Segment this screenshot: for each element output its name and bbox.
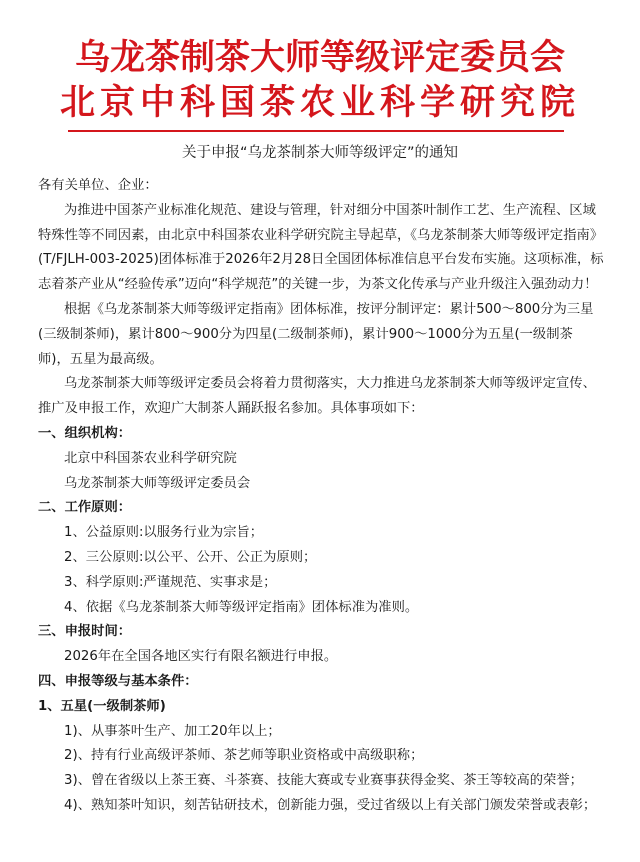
notice-body: 各有关单位、企业： 为推进中国茶产业标准化规范、建设与管理，针对细分中国茶叶制作… [38, 174, 604, 819]
list-item: 3)、曾在省级以上茶王赛、斗茶赛、技能大赛或专业赛事获得金奖、茶王等较高的荣誉； [38, 769, 604, 794]
title-institute: 北京中科国茶农业科学研究院 [0, 81, 640, 125]
list-item: 2)、持有行业高级评茶师、茶艺师等职业资格或中高级职称； [38, 744, 604, 769]
list-item: 2026年在全国各地区实行有限名额进行申报。 [38, 645, 604, 670]
section-heading-levels: 四、申报等级与基本条件： [38, 670, 604, 695]
level-heading-five-star: 1、五星(一级制茶师) [38, 695, 604, 720]
list-item: 4、依据《乌龙茶制茶大师等级评定指南》团体标准为准则。 [38, 596, 604, 621]
paragraph-background: 为推进中国茶产业标准化规范、建设与管理，针对细分中国茶叶制作工艺、生产流程、区域… [38, 199, 604, 298]
notice-subtitle: 关于申报“乌龙茶制茶大师等级评定”的通知 [0, 142, 640, 164]
section-heading-organization: 一、组织机构： [38, 422, 604, 447]
list-item: 1、公益原则:以服务行业为宗旨； [38, 521, 604, 546]
list-item: 4)、熟知茶叶知识，刻苦钻研技术，创新能力强，受过省级以上有关部门颁发荣誉或表彰… [38, 794, 604, 819]
red-divider [68, 130, 564, 132]
list-item: 北京中科国茶农业科学研究院 [38, 447, 604, 472]
paragraph-scoring: 根据《乌龙茶制茶大师等级评定指南》团体标准，按评分制评定：累计500～800分为… [38, 298, 604, 372]
section-heading-time: 三、申报时间： [38, 620, 604, 645]
list-item: 1)、从事茶叶生产、加工20年以上； [38, 720, 604, 745]
list-item: 乌龙茶制茶大师等级评定委员会 [38, 472, 604, 497]
title-committee: 乌龙茶制茶大师等级评定委员会 [0, 36, 640, 80]
paragraph-promotion: 乌龙茶制茶大师等级评定委员会将着力贯彻落实，大力推进乌龙茶制茶大师等级评定宣传、… [38, 372, 604, 422]
section-heading-principles: 二、工作原则： [38, 496, 604, 521]
salutation: 各有关单位、企业： [38, 174, 604, 199]
list-item: 3、科学原则:严谨规范、实事求是； [38, 571, 604, 596]
list-item: 2、三公原则:以公平、公开、公正为原则； [38, 546, 604, 571]
